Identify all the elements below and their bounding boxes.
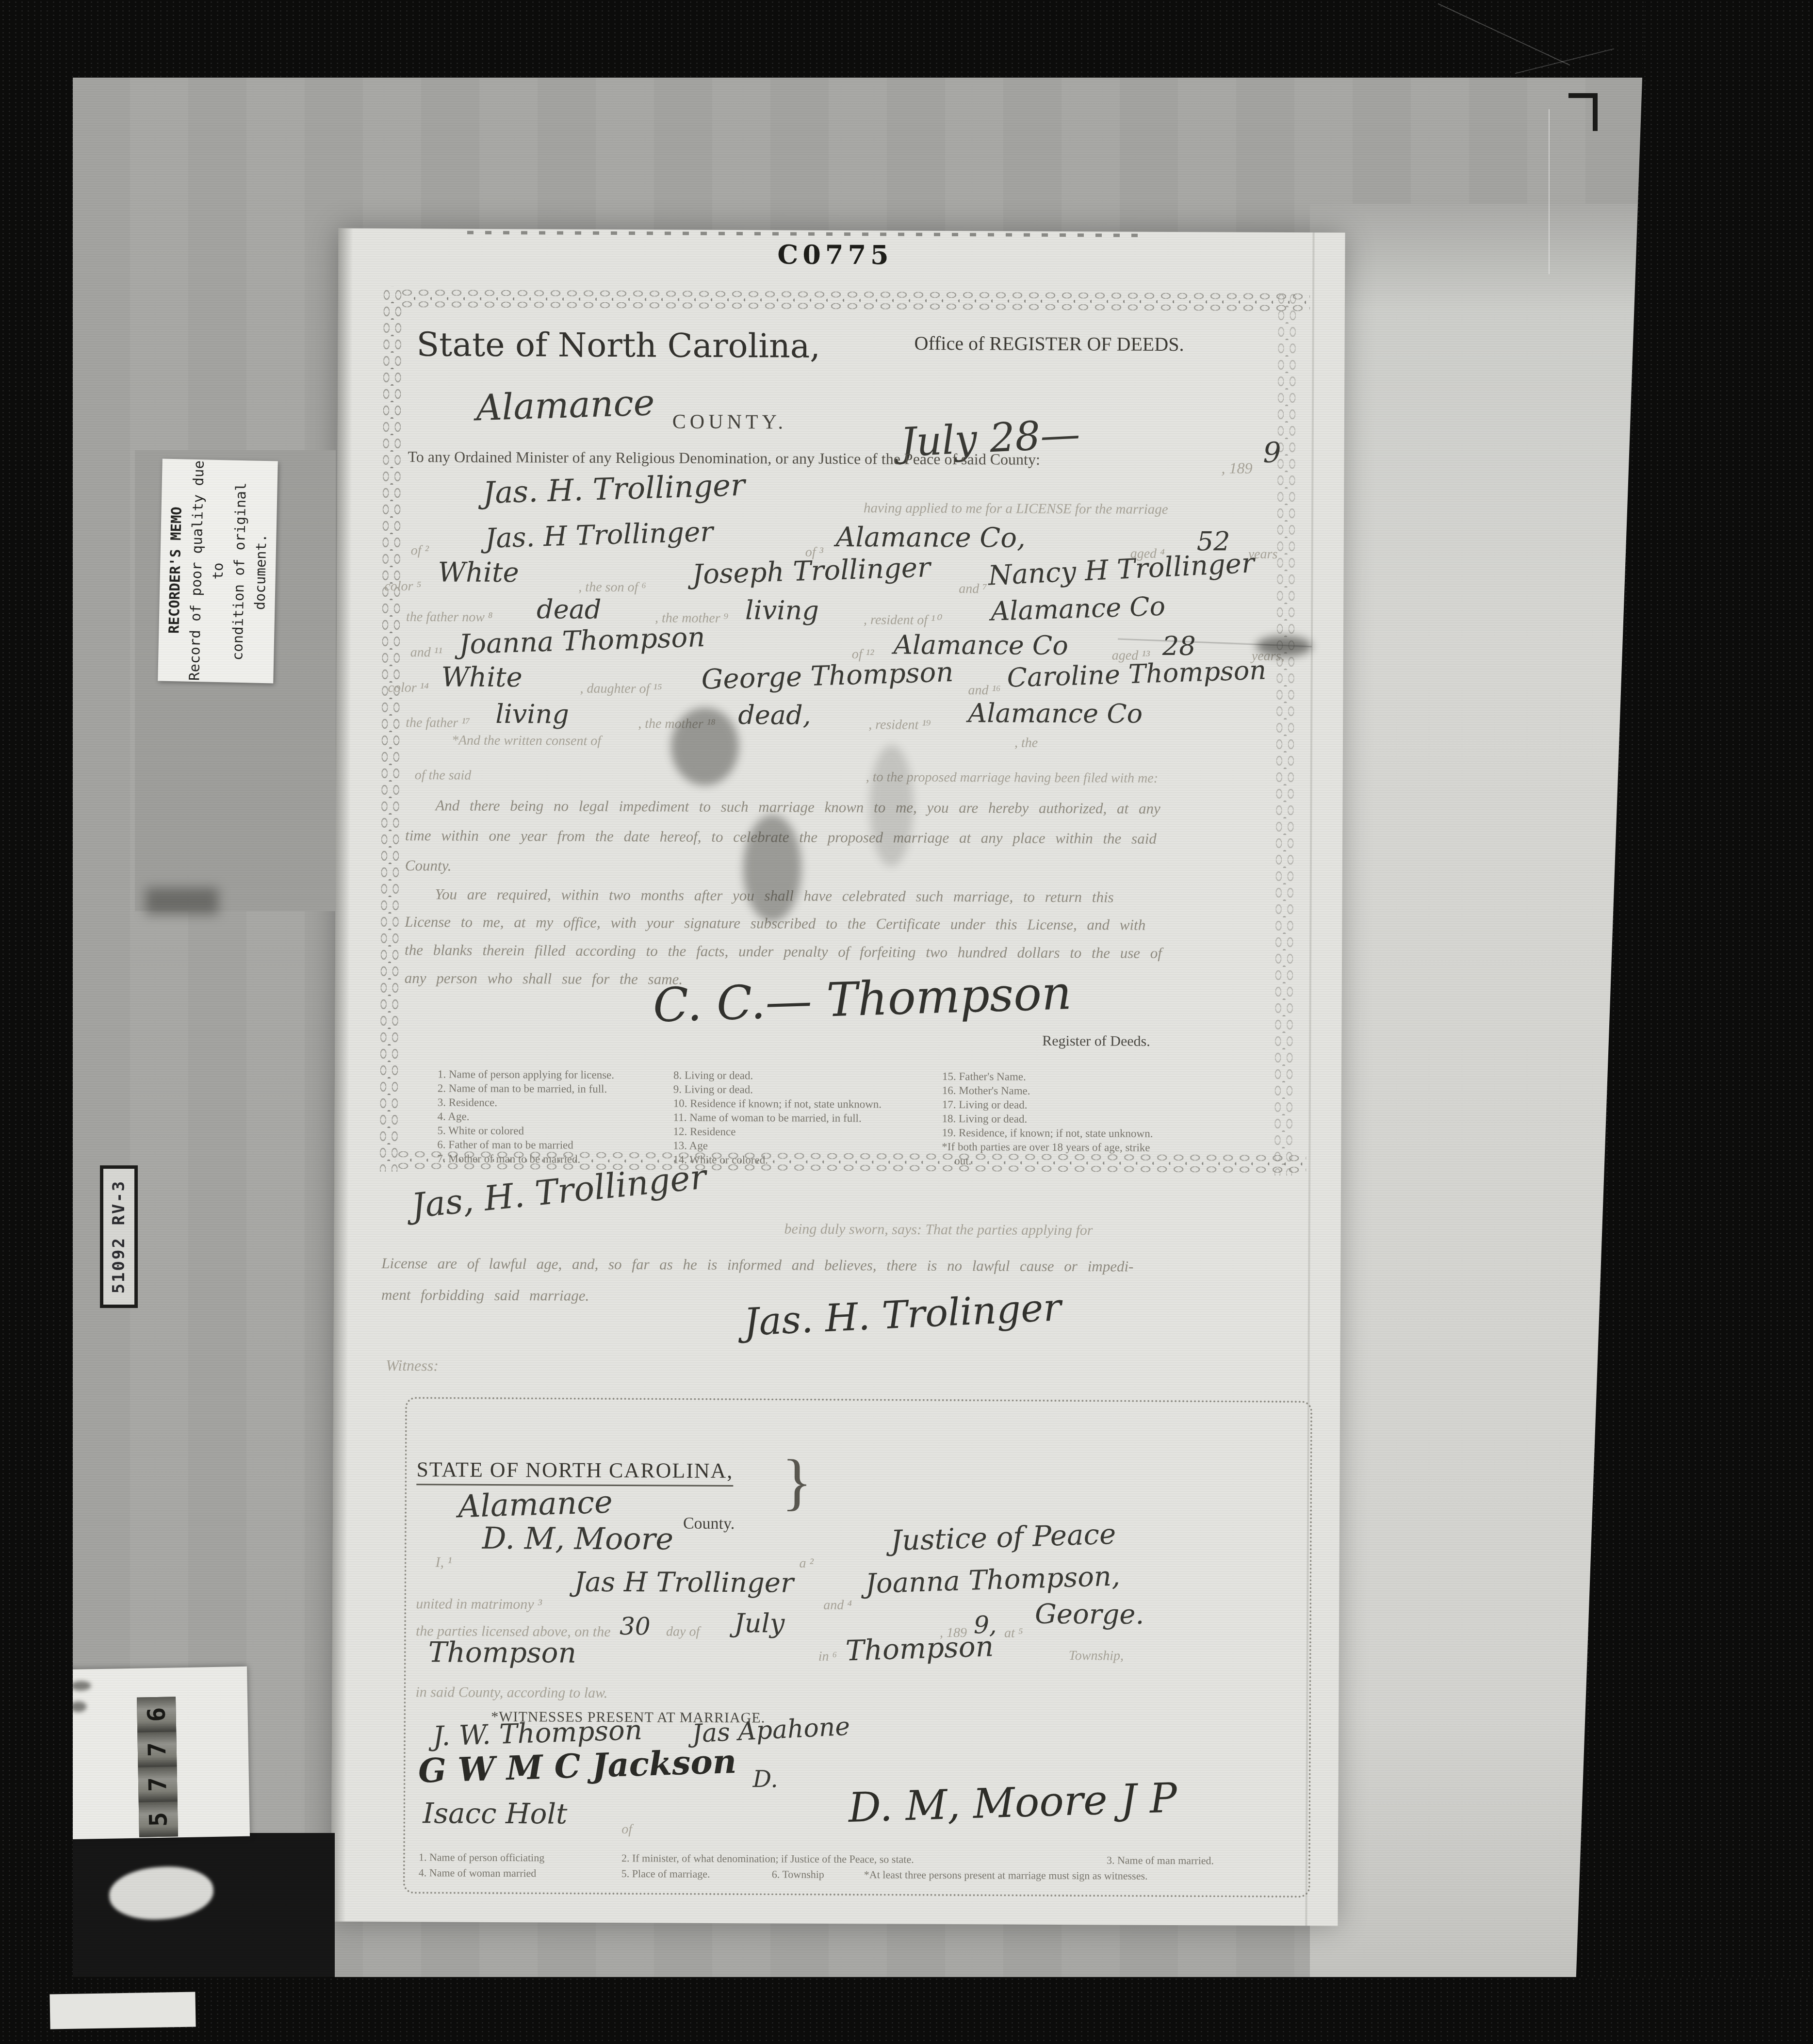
consent-line1a: *And the written consent of bbox=[452, 733, 601, 749]
register-label: Register of Deeds. bbox=[1042, 1033, 1150, 1050]
county-label: COUNTY. bbox=[672, 410, 787, 434]
return-line3: the blanks therein filled according to t… bbox=[405, 941, 1162, 962]
counter-digit: 7 bbox=[143, 1742, 172, 1757]
bride-color: White bbox=[441, 661, 522, 693]
consent-line1b: , the bbox=[1014, 736, 1038, 751]
groom-color: White bbox=[438, 556, 519, 589]
witness2b-mark: D. bbox=[753, 1766, 778, 1793]
corner-registration-mark bbox=[1568, 93, 1598, 131]
groom-mother: Nancy H Trollinger bbox=[987, 547, 1255, 591]
resident19-label: , resident ¹⁹ bbox=[868, 717, 931, 733]
officiant-signature: D. M, Moore J P bbox=[848, 1774, 1177, 1831]
cert-footnote-2: 2. If minister, of what denomination; if… bbox=[621, 1852, 914, 1866]
groom-mother-status: living bbox=[745, 595, 819, 626]
recorders-memo-label: RECORDER'S MEMO Record of poor quality d… bbox=[158, 459, 278, 684]
father-now8-label: the father now ⁸ bbox=[406, 609, 493, 625]
date-year-label: , 189 bbox=[1221, 459, 1252, 477]
return-line4: any person who shall sue for the same. bbox=[405, 969, 683, 988]
color14-label: color ¹⁴ bbox=[388, 680, 428, 696]
officiant-name: D. M, Moore bbox=[482, 1521, 674, 1557]
water-stain bbox=[869, 745, 914, 866]
cert-footnote-1: 1. Name of person officiating bbox=[419, 1851, 544, 1864]
cert-footnote-6: 6. Township bbox=[772, 1868, 824, 1880]
groom-residence: Alamance Co, bbox=[836, 522, 1026, 554]
bride-father: George Thompson bbox=[701, 656, 954, 696]
consent-line2a: of the said bbox=[415, 768, 472, 784]
groom-father-status: dead bbox=[537, 594, 602, 625]
counter-strip: 6 7 7 5 bbox=[137, 1697, 178, 1837]
counter-cell: 5 bbox=[139, 1801, 178, 1837]
authorize-line1: And there being no legal impediment to s… bbox=[435, 797, 1160, 818]
father17-label: the father ¹⁷ bbox=[406, 715, 470, 731]
counter-digit: 7 bbox=[144, 1777, 172, 1792]
card-smudge bbox=[70, 1681, 91, 1691]
township-handwritten: Thompson bbox=[845, 1630, 994, 1667]
footnotes-col2: 8. Living or dead.9. Living or dead. 10.… bbox=[673, 1068, 882, 1168]
son-of6-label: , the son of ⁶ bbox=[578, 580, 646, 596]
certificate-county-label: County. bbox=[683, 1515, 735, 1533]
daughter-of15-label: , daughter of ¹⁵ bbox=[580, 681, 662, 697]
resident-of10-label: , resident of ¹⁰ bbox=[864, 611, 941, 628]
county-handwritten: Alamance bbox=[475, 382, 655, 429]
footnotes-col1: 1. Name of person applying for license.2… bbox=[437, 1067, 614, 1166]
bride-father-status: living bbox=[495, 699, 569, 730]
and11-label: and ¹¹ bbox=[410, 645, 442, 660]
bride-residence: Alamance Co bbox=[894, 629, 1068, 661]
cert-and-label: and ⁴ bbox=[823, 1598, 852, 1613]
affidavit-line3: ment forbidding said marriage. bbox=[381, 1286, 589, 1305]
witness-label: Witness: bbox=[386, 1357, 439, 1374]
marriage-license-page: C0775 State of North Carolina, Office of… bbox=[331, 228, 1345, 1926]
affiant-signature: Jas. H. Trolinger bbox=[743, 1286, 1062, 1344]
register-signature: C. C.— Thompson bbox=[652, 965, 1072, 1032]
marriage-place-line1: George. bbox=[1035, 1599, 1144, 1631]
county-law-label: in said County, according to law. bbox=[415, 1684, 607, 1701]
reel-number-stamp: 51092 RV-3 bbox=[100, 1165, 138, 1308]
authorize-line3: County. bbox=[405, 857, 452, 874]
salutation: To any Ordained Minister of any Religiou… bbox=[408, 448, 1040, 469]
applicant-name: Jas. H. Trollinger bbox=[482, 467, 745, 510]
memo-backdrop-smudge bbox=[146, 888, 218, 915]
state-title: State of North Carolina, bbox=[416, 326, 820, 366]
footnotes-col3: 15. Father's Name.16. Mother's Name. 17.… bbox=[942, 1069, 1153, 1169]
in-label: in ⁶ bbox=[818, 1649, 837, 1665]
memo-line2: condition of original document. bbox=[226, 460, 274, 684]
bride-name: Joanna Thompson bbox=[458, 621, 705, 660]
laurel-border-left bbox=[377, 287, 404, 1172]
reel-number-text: 51092 RV-3 bbox=[103, 1169, 134, 1305]
frame-counter-card: 6 7 7 5 bbox=[63, 1667, 250, 1840]
film-scratch bbox=[1549, 109, 1550, 274]
office-title: Office of REGISTER OF DEEDS. bbox=[914, 332, 1184, 356]
color5-label: color ⁵ bbox=[384, 579, 421, 594]
counter-cell: 6 bbox=[137, 1697, 176, 1732]
certificate-groom: Jas H Trollinger bbox=[574, 1567, 794, 1599]
certificate-brace: } bbox=[782, 1446, 812, 1519]
at-label: at ⁵ bbox=[1004, 1626, 1023, 1641]
bride-parents-residence: Alamance Co bbox=[968, 698, 1143, 729]
cert-footnote-4: 4. Name of woman married bbox=[419, 1866, 537, 1880]
and16-label: and ¹⁶ bbox=[968, 683, 1000, 698]
day-of-label: day of bbox=[666, 1624, 700, 1639]
and7-label: and ⁷ bbox=[959, 581, 987, 597]
cert-footnote-7: *At least three persons present at marri… bbox=[864, 1868, 1148, 1882]
groom-parents-residence: Alamance Co bbox=[990, 591, 1166, 627]
cert-footnote-5: 5. Place of marriage. bbox=[621, 1867, 710, 1880]
ink-stain bbox=[671, 707, 739, 785]
township-label: Township, bbox=[1069, 1648, 1124, 1664]
memo-line1: Record of poor quality due to bbox=[183, 459, 231, 683]
witness3b-label: of bbox=[621, 1822, 632, 1837]
certificate-state-title: STATE OF NORTH CAROLINA, bbox=[416, 1457, 733, 1487]
bride-mother-status: dead, bbox=[738, 700, 811, 731]
a-label: a ² bbox=[800, 1556, 814, 1571]
torn-paper-blob bbox=[107, 1864, 215, 1923]
laurel-border-top bbox=[399, 287, 1310, 314]
marriage-month: July bbox=[734, 1608, 784, 1638]
officiant-title: Justice of Peace bbox=[890, 1517, 1116, 1557]
counter-digit: 6 bbox=[142, 1707, 171, 1722]
groom-name: Jas. H Trollinger bbox=[485, 516, 714, 555]
groom-father: Joseph Trollinger bbox=[692, 552, 931, 590]
i-label: I, ¹ bbox=[436, 1554, 452, 1570]
affidavit-line2: License are of lawful age, and, so far a… bbox=[381, 1255, 1133, 1275]
certificate-county-handwritten: Alamance bbox=[457, 1484, 613, 1525]
applied-label: having applied to me for a LICENSE for t… bbox=[864, 500, 1168, 518]
counter-digit: 5 bbox=[144, 1812, 173, 1827]
united-label: united in matrimony ³ bbox=[416, 1596, 542, 1613]
cert-footnote-3: 3. Name of man married. bbox=[1107, 1854, 1214, 1867]
film-border-bottom bbox=[0, 1977, 1813, 2044]
page-top-perforation bbox=[467, 231, 1146, 237]
recorders-memo-text: RECORDER'S MEMO Record of poor quality d… bbox=[158, 459, 278, 684]
of2-label: of ² bbox=[411, 543, 429, 558]
date-year-handwritten: 9 bbox=[1263, 436, 1281, 469]
film-edge-strip bbox=[49, 1992, 196, 2029]
marriage-place-line2: Thompson bbox=[428, 1635, 576, 1669]
film-dark-patch bbox=[62, 1833, 335, 1979]
film-border-left bbox=[0, 0, 73, 2044]
ink-stain bbox=[743, 815, 801, 922]
laurel-border-right bbox=[1272, 291, 1299, 1176]
counter-cell: 7 bbox=[137, 1732, 177, 1767]
counter-cell: 7 bbox=[138, 1766, 178, 1802]
witness3-signature: Isacc Holt bbox=[423, 1797, 567, 1830]
marriage-day: 30 bbox=[620, 1612, 651, 1640]
sworn-label: being duly sworn, says: That the parties… bbox=[784, 1221, 1093, 1239]
frame-number-stamp: C0775 bbox=[777, 239, 893, 270]
